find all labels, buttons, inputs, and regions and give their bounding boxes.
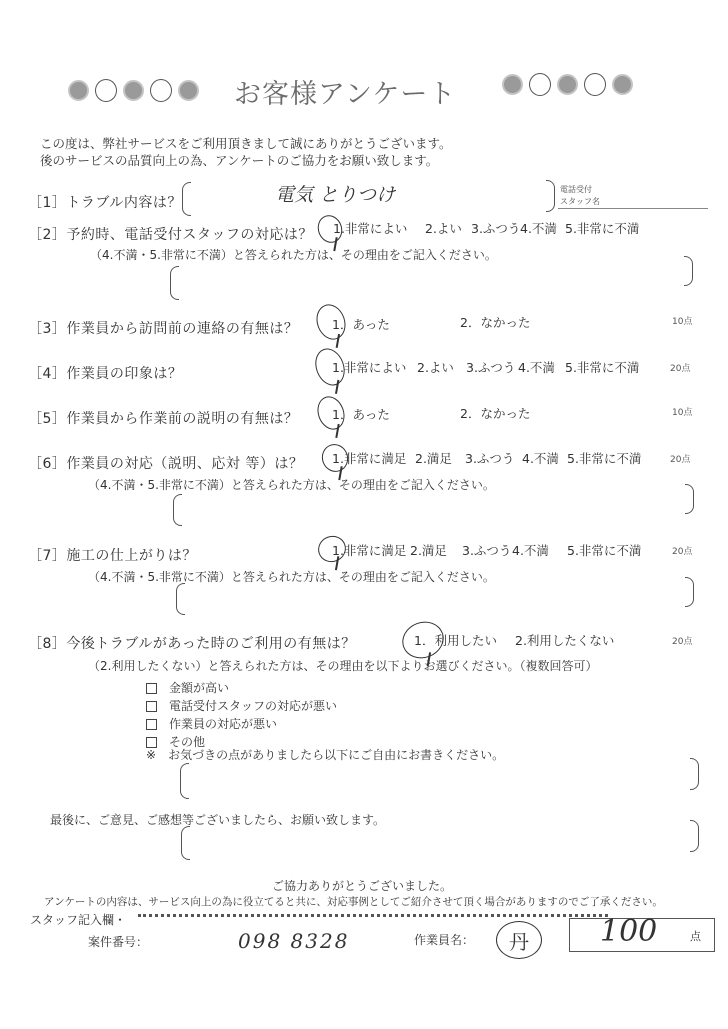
staff-label-1: 電話受付 (560, 184, 592, 195)
note-bracket-right (690, 758, 699, 790)
q7-option-5[interactable]: 5.非常に不満 (567, 541, 641, 559)
q4-option-2[interactable]: 2.よい (417, 358, 454, 376)
selected-circle-mark (314, 212, 346, 247)
q7-points: 20点 (672, 544, 692, 557)
q2-reason-bracket-left (170, 266, 179, 300)
hollow-circle-icon (584, 73, 606, 96)
selected-circle-mark (318, 440, 352, 475)
checkbox-label: 電話受付スタッフの対応が悪い (169, 699, 337, 713)
checkbox-item[interactable]: 作業員の対応が悪い (146, 715, 277, 732)
q7-reason-bracket-left (176, 583, 185, 615)
hollow-circle-icon (529, 73, 551, 96)
staff-label-2: スタッフ名 (560, 196, 600, 207)
question-3-label: ［3］作業員から訪問前の連絡の有無は？ (28, 318, 298, 338)
filled-circle-icon (612, 74, 633, 95)
q6-points: 20点 (670, 452, 690, 465)
q2-option-4[interactable]: 4.不満 (520, 219, 557, 237)
filled-circle-icon (68, 80, 89, 101)
checkbox[interactable] (146, 719, 157, 730)
q4-points: 20点 (670, 361, 690, 374)
q6-reason-prompt: （4.不満・5.非常に不満）と答えられた方は、その理由をご記入ください。 (88, 476, 495, 493)
comment-bracket-right (690, 820, 699, 852)
checkbox-label: 作業員の対応が悪い (169, 717, 277, 731)
q7-option-2[interactable]: 2.満足 (410, 541, 447, 559)
closing-request: 最後に、ご意見、ご感想等ございましたら、お願い致します。 (50, 811, 385, 828)
q6-option-2[interactable]: 2.満足 (415, 449, 452, 467)
staff-section-label: スタッフ記入欄・ (30, 911, 126, 928)
q3-option-2[interactable]: 2．なかった (460, 313, 530, 331)
filled-circle-icon (557, 74, 578, 95)
selected-circle-mark (312, 300, 351, 343)
header-dots-right (502, 73, 633, 96)
selected-circle-mark (314, 532, 349, 566)
selected-circle-mark (313, 393, 349, 434)
q2-option-1[interactable]: 1.非常によい (333, 219, 407, 237)
q6-reason-bracket-left (173, 494, 182, 526)
q5-option-2[interactable]: 2．なかった (460, 404, 530, 422)
q7-option-4[interactable]: 4.不満 (512, 541, 549, 559)
q4-option-4[interactable]: 4.不満 (518, 358, 555, 376)
note-bracket-left (180, 763, 189, 799)
q4-option-5[interactable]: 5.非常に不満 (565, 358, 639, 376)
checkbox[interactable] (146, 683, 157, 694)
selected-circle-mark (310, 344, 349, 389)
case-number-value[interactable]: 098 8328 (238, 929, 349, 953)
question-8-label: ［8］今後トラブルがあった時のご利用の有無は？ (28, 633, 356, 653)
q7-reason-prompt: （4.不満・5.非常に不満）と答えられた方は、その理由をご記入ください。 (88, 568, 495, 585)
hollow-circle-icon (95, 79, 117, 102)
question-1-label: ［1］トラブル内容は？ (28, 192, 182, 212)
q6-option-3[interactable]: 3.ふつう (465, 449, 514, 467)
thanks-text: ご協力ありがとうございました。 (272, 877, 452, 894)
question-2-label: ［2］予約時、電話受付スタッフの対応は？ (28, 224, 313, 244)
filled-circle-icon (123, 80, 144, 101)
comment-bracket-left (181, 826, 190, 860)
q2-reason-prompt: （4.不満・5.非常に不満）と答えられた方は、その理由をご記入ください。 (90, 246, 497, 263)
intro-line-2: 後のサービスの品質向上の為、アンケートのご協力をお願い致します。 (40, 151, 438, 169)
q2-reason-bracket-right (684, 256, 693, 286)
question-4-label: ［4］作業員の印象は？ (28, 363, 182, 383)
filled-circle-icon (178, 80, 199, 101)
q6-reason-bracket-right (685, 484, 694, 514)
q8-reason-prompt: （2.利用したくない）と答えられた方は、その理由を以下よりお選びください。（複数… (88, 657, 597, 674)
checkbox-label: 金額が高い (169, 681, 229, 695)
intro-line-1: この度は、弊社サービスをご利用頂きまして誠にありがとうございます。 (40, 134, 452, 152)
question-6-label: ［6］作業員の対応（説明、応対 等）は？ (28, 453, 303, 473)
q7-reason-bracket-right (685, 577, 694, 607)
question-7-label: ［7］施工の仕上がりは？ (28, 545, 197, 565)
stamp-text: 丹 (509, 926, 529, 955)
worker-name-label: 作業員名： (414, 931, 474, 948)
staff-name-field[interactable] (558, 208, 708, 209)
q5-points: 10点 (672, 405, 692, 418)
note-line: ※お気づきの点がありましたら以下にご自由にお書きください。 (146, 746, 504, 763)
q8-option-2[interactable]: 2.利用したくない (515, 631, 614, 649)
score-value[interactable]: 100 (600, 914, 657, 949)
worker-name-stamp: 丹 (496, 921, 542, 959)
answer-bracket-left (182, 182, 191, 216)
case-number-label: 案件番号： (88, 933, 148, 950)
q2-option-3[interactable]: 3.ふつう (471, 219, 520, 237)
q6-option-5[interactable]: 5.非常に不満 (567, 449, 641, 467)
q4-option-3[interactable]: 3.ふつう (466, 358, 515, 376)
dotted-divider (138, 914, 608, 917)
hollow-circle-icon (150, 79, 172, 102)
checkbox-item[interactable]: 金額が高い (146, 679, 229, 696)
question-1-answer[interactable]: 電気 とりつけ (275, 180, 395, 207)
q3-points: 10点 (672, 314, 692, 327)
q8-points: 20点 (672, 634, 692, 647)
q2-option-5[interactable]: 5.非常に不満 (565, 219, 639, 237)
checkbox-item[interactable]: 電話受付スタッフの対応が悪い (146, 697, 337, 714)
question-5-label: ［5］作業員から作業前の説明の有無は？ (28, 408, 298, 428)
note-text: お気づきの点がありましたら以下にご自由にお書きください。 (168, 748, 504, 762)
q2-option-2[interactable]: 2.よい (425, 219, 462, 237)
score-unit: 点 (690, 928, 701, 944)
q7-option-3[interactable]: 3.ふつう (462, 541, 511, 559)
disclaimer-text: アンケートの内容は、サービス向上の為に役立てると共に、対応事例としてご紹介させて… (44, 894, 663, 909)
checkbox[interactable] (146, 701, 157, 712)
answer-bracket-right (546, 180, 555, 212)
header-dots-left (68, 79, 199, 102)
page-title: お客様アンケート (234, 72, 456, 111)
q6-option-4[interactable]: 4.不満 (522, 449, 559, 467)
reference-mark-icon: ※ (146, 748, 156, 762)
filled-circle-icon (502, 74, 523, 95)
